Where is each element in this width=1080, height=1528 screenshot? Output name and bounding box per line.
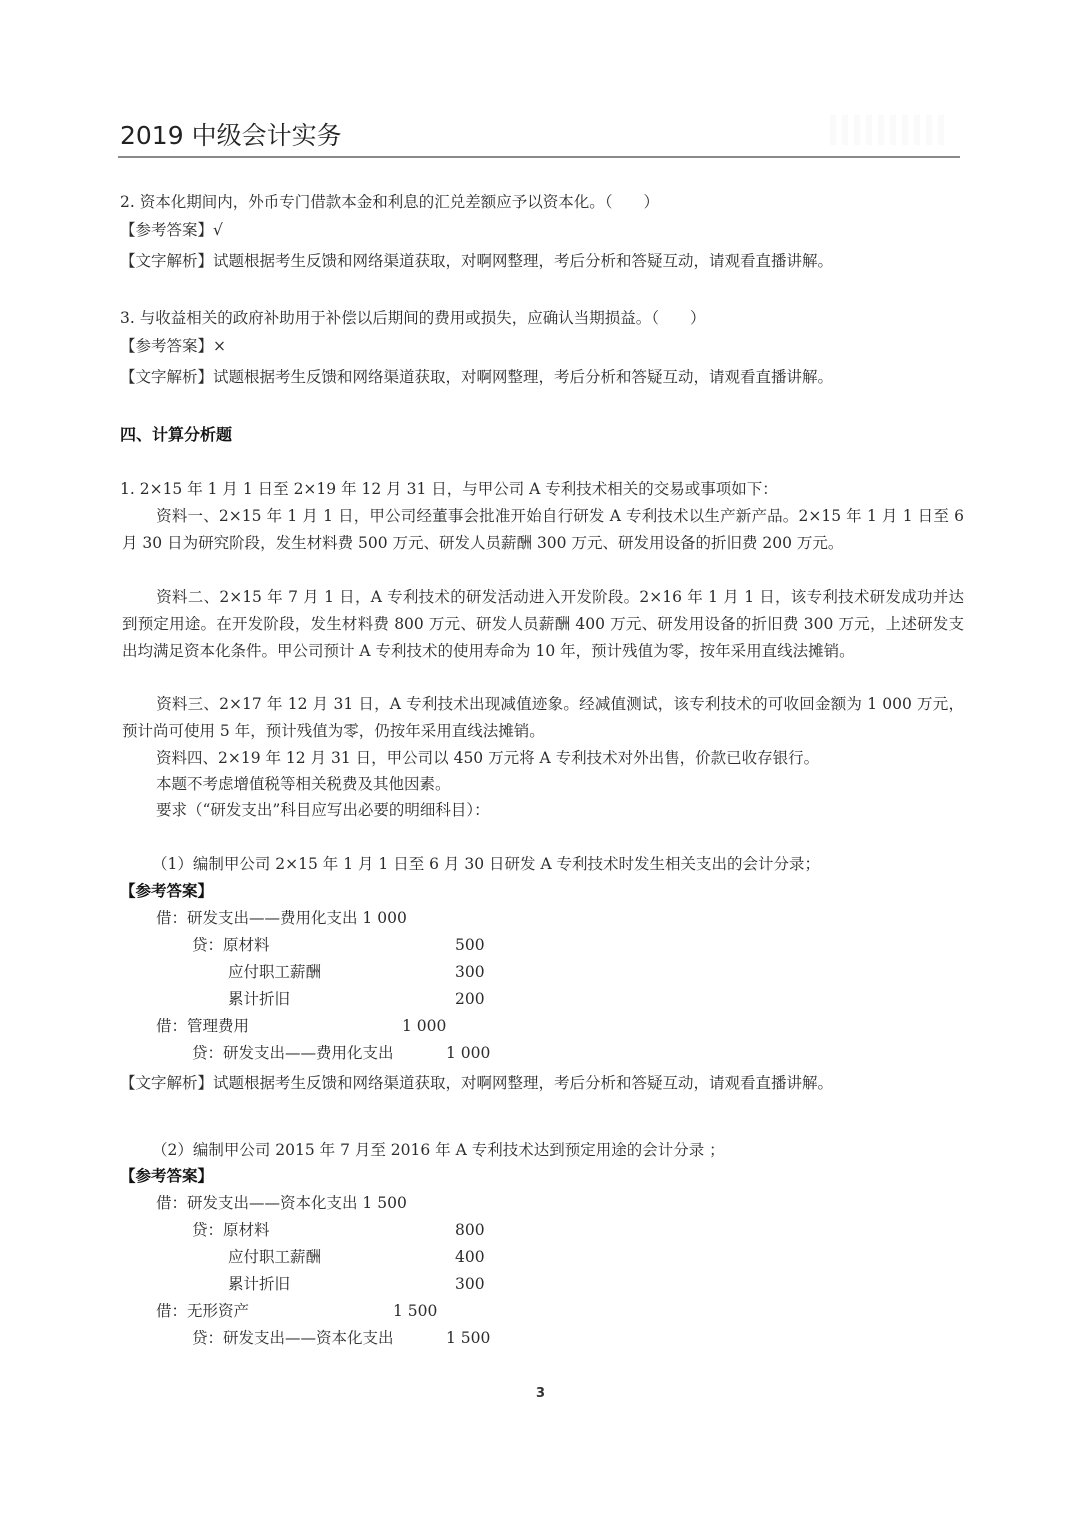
sub2-answer-label: 【参考答案】 [120, 1165, 213, 1187]
header-divider [118, 156, 960, 158]
tf-analysis-3: 【文字解析】试题根据考生反馈和网络渠道获取，对啊网整理，考后分析和答疑互动，请观… [120, 366, 833, 388]
material-3: 资料三、2×17 年 12 月 31 日，A 专利技术出现减值迹象。经减值测试，… [122, 691, 964, 745]
journal-entry-line: 贷：原材料 [192, 934, 270, 956]
journal-amount: 800 [455, 1219, 485, 1241]
analysis-label: 【文字解析】 [120, 252, 213, 270]
answer-label: 【参考答案】 [120, 337, 213, 355]
journal-amount: 200 [455, 988, 485, 1010]
journal-entry-line: 借：无形资产 [156, 1300, 249, 1322]
sub1-analysis: 【文字解析】试题根据考生反馈和网络渠道获取，对啊网整理，考后分析和答疑互动，请观… [120, 1072, 833, 1094]
problem-requirement: 要求（“研发支出”科目应写出必要的明细科目）： [156, 799, 490, 821]
problem-intro: 1. 2×15 年 1 月 1 日至 2×19 年 12 月 31 日，与甲公司… [120, 478, 778, 500]
answer-value: √ [213, 221, 223, 239]
journal-amount: 400 [455, 1246, 485, 1268]
journal-amount: 1 500 [393, 1300, 437, 1322]
journal-entry-line: 借：研发支出——资本化支出 1 500 [156, 1192, 407, 1214]
faded-watermark-logo [830, 115, 950, 145]
journal-entry-line: 应付职工薪酬 [228, 961, 321, 983]
journal-entry-line: 借：管理费用 [156, 1015, 249, 1037]
tf-answer-2: 【参考答案】√ [120, 219, 223, 241]
document-page: 2019 中级会计实务 2. 资本化期间内，外币专门借款本金和利息的汇兑差额应予… [0, 0, 1080, 1528]
material-1: 资料一、2×15 年 1 月 1 日，甲公司经董事会批准开始自行研发 A 专利技… [122, 503, 964, 557]
journal-entry-line: 累计折旧 [228, 1273, 290, 1295]
journal-amount: 500 [455, 934, 485, 956]
analysis-label: 【文字解析】 [120, 368, 213, 386]
problem-note: 本题不考虑增值税等相关税费及其他因素。 [156, 773, 451, 795]
analysis-text: 试题根据考生反馈和网络渠道获取，对啊网整理，考后分析和答疑互动，请观看直播讲解。 [213, 368, 833, 386]
journal-amount: 1 500 [446, 1327, 490, 1349]
answer-label: 【参考答案】 [120, 221, 213, 239]
tf-question-3: 3. 与收益相关的政府补助用于补偿以后期间的费用或损失，应确认当期损益。（ ） [120, 307, 705, 329]
journal-amount: 1 000 [402, 1015, 446, 1037]
sub-question-1: （1）编制甲公司 2×15 年 1 月 1 日至 6 月 30 日研发 A 专利… [152, 853, 820, 875]
tf-answer-3: 【参考答案】× [120, 335, 226, 357]
journal-entry-line: 贷：原材料 [192, 1219, 270, 1241]
answer-value: × [213, 337, 226, 355]
journal-entry-line: 累计折旧 [228, 988, 290, 1010]
analysis-text: 试题根据考生反馈和网络渠道获取，对啊网整理，考后分析和答疑互动，请观看直播讲解。 [213, 1074, 833, 1092]
journal-amount: 300 [455, 1273, 485, 1295]
analysis-text: 试题根据考生反馈和网络渠道获取，对啊网整理，考后分析和答疑互动，请观看直播讲解。 [213, 252, 833, 270]
journal-entry-line: 贷：研发支出——资本化支出 [192, 1327, 394, 1349]
journal-entry-line: 应付职工薪酬 [228, 1246, 321, 1268]
tf-analysis-2: 【文字解析】试题根据考生反馈和网络渠道获取，对啊网整理，考后分析和答疑互动，请观… [120, 250, 833, 272]
tf-question-2: 2. 资本化期间内，外币专门借款本金和利息的汇兑差额应予以资本化。（ ） [120, 191, 659, 213]
material-4: 资料四、2×19 年 12 月 31 日，甲公司以 450 万元将 A 专利技术… [156, 747, 819, 769]
journal-amount: 1 000 [446, 1042, 490, 1064]
page-number: 3 [536, 1386, 545, 1401]
document-header-title: 2019 中级会计实务 [120, 116, 342, 152]
sub-question-2: （2）编制甲公司 2015 年 7 月至 2016 年 A 专利技术达到预定用途… [152, 1139, 725, 1161]
sub1-answer-label: 【参考答案】 [120, 880, 213, 902]
section-title: 四、计算分析题 [120, 424, 232, 446]
analysis-label: 【文字解析】 [120, 1074, 213, 1092]
journal-entry-line: 贷：研发支出——费用化支出 [192, 1042, 394, 1064]
material-2: 资料二、2×15 年 7 月 1 日，A 专利技术的研发活动进入开发阶段。2×1… [122, 584, 964, 665]
journal-amount: 300 [455, 961, 485, 983]
journal-entry-line: 借：研发支出——费用化支出 1 000 [156, 907, 407, 929]
